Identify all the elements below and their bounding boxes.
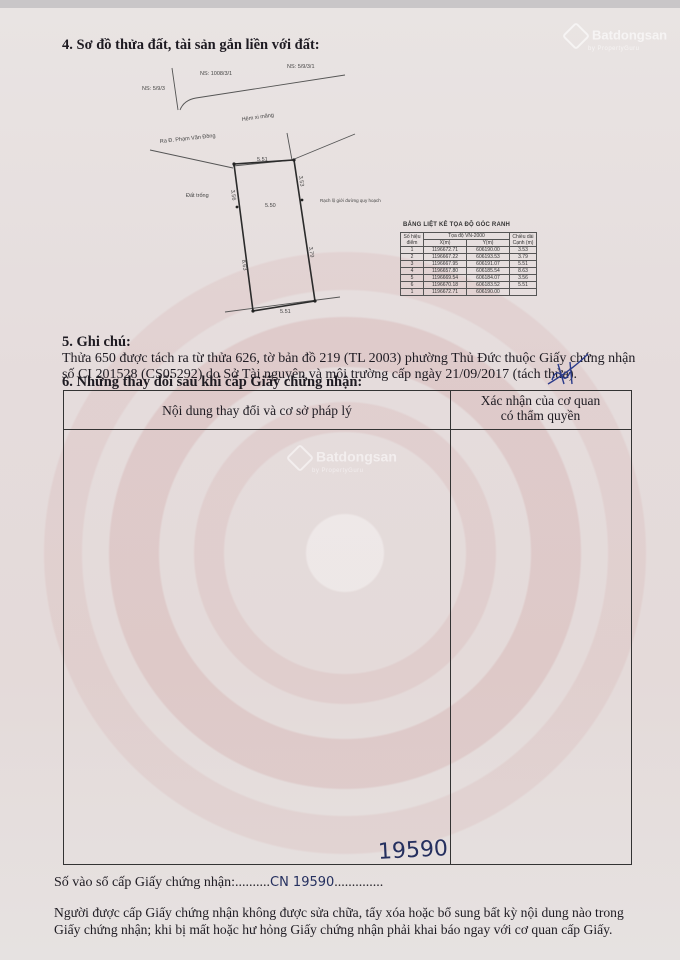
label-canal: Rạch lộ giới đường quy hoạch: [320, 198, 381, 203]
coord-cell-x: 1196667.95: [424, 261, 467, 268]
col-header-confirmation: Xác nhận của cơ quan có thẩm quyền: [450, 393, 631, 423]
coord-cell-y: 606185.54: [467, 268, 510, 275]
coord-cell-x: 1196669.54: [424, 275, 467, 282]
column-divider: [450, 391, 451, 864]
coord-cell-edge: 5.51: [510, 282, 537, 289]
coord-cell-edge: 5.51: [510, 261, 537, 268]
coord-cell-x: 1196670.18: [424, 282, 467, 289]
coord-cell-point: 3: [401, 261, 424, 268]
registry-line: Số vào sổ cấp Giấy chứng nhận:..........…: [54, 874, 383, 892]
coord-cell-point: 2: [401, 254, 424, 261]
coord-row: 11196672.71606190.003.53: [401, 247, 537, 254]
coord-cell-point: 1: [401, 289, 424, 296]
edge-mid-length: 5.50: [265, 203, 276, 209]
coord-row: 41196657.80606185.548.63: [401, 268, 537, 275]
label-neighbor-top-mid: NS: 1008/3/1: [200, 71, 232, 77]
coord-row: 21196667.22606193.533.79: [401, 254, 537, 261]
coord-row: 31196667.95606191.075.51: [401, 261, 537, 268]
footer-line-1: Người được cấp Giấy chứng nhận không đượ…: [54, 904, 624, 922]
coord-cell-edge: 8.63: [510, 268, 537, 275]
coord-row: 11196672.71606190.00: [401, 289, 537, 296]
signature-initials: [542, 350, 592, 390]
registry-label: Số vào sổ cấp Giấy chứng nhận:: [54, 875, 235, 890]
col-header-confirmation-line1: Xác nhận của cơ quan: [450, 393, 631, 408]
label-neighbor-top-right: NS: 5/9/3/1: [287, 64, 315, 70]
coord-row: 61196670.18606183.525.51: [401, 282, 537, 289]
dots: ..........: [235, 875, 270, 890]
coord-cell-y: 606183.52: [467, 282, 510, 289]
coord-cell-point: 5: [401, 275, 424, 282]
col-header-content: Nội dung thay đổi và cơ sở pháp lý: [64, 403, 450, 419]
registry-value: CN 19590: [270, 875, 334, 890]
coord-cell-y: 606191.07: [467, 261, 510, 268]
header-divider: [64, 429, 631, 430]
coord-cell-x: 1196657.80: [424, 268, 467, 275]
coord-cell-point: 6: [401, 282, 424, 289]
footer-line-2: Giấy chứng nhận; khi bị mất hoặc hư hỏng…: [54, 921, 612, 939]
coord-cell-edge: 3.53: [510, 247, 537, 254]
col-edge: Chiều dài Cạnh (m): [510, 233, 537, 247]
coord-cell-y: 606190.00: [467, 289, 510, 296]
label-neighbor-left: NS: 5/9/3: [142, 86, 165, 92]
coord-cell-y: 606184.07: [467, 275, 510, 282]
label-alley: Hẻm xi măng: [241, 113, 274, 123]
col-y: Y(m): [467, 240, 510, 247]
handwritten-number: 19590: [377, 836, 448, 865]
coord-cell-y: 606190.00: [467, 247, 510, 254]
edge-left-lower-length: 8.63: [240, 259, 247, 270]
col-point: Số hiệu điểm: [401, 233, 424, 247]
edge-left-upper-length: 3.56: [229, 189, 236, 200]
col-header-confirmation-line2: có thẩm quyền: [450, 408, 631, 423]
section5-title: 5. Ghi chú:: [62, 334, 131, 351]
coord-table-caption: BẢNG LIỆT KÊ TỌA ĐỘ GÓC RANH: [403, 222, 510, 228]
col-system: Tọa độ VN-2000: [424, 233, 510, 240]
edge-bottom-length: 5.51: [280, 309, 291, 315]
coord-cell-point: 4: [401, 268, 424, 275]
coord-cell-x: 1196672.71: [424, 247, 467, 254]
label-road: Ra Đ. Phạm Văn Đồng: [160, 133, 216, 145]
label-vacant-land: Đất trống: [186, 193, 209, 199]
coord-cell-x: 1196667.22: [424, 254, 467, 261]
coord-cell-edge: [510, 289, 537, 296]
land-plot-diagram: NS: 5/9/3 NS: 1008/3/1 NS: 5/9/3/1 Hẻm x…: [0, 0, 680, 330]
dots: ..............: [334, 875, 383, 890]
coord-cell-edge: 3.56: [510, 275, 537, 282]
coord-cell-edge: 3.79: [510, 254, 537, 261]
edge-top-length: 5.51: [257, 157, 268, 163]
coordinate-table: Số hiệu điểm Tọa độ VN-2000 Chiều dài Cạ…: [400, 232, 537, 296]
col-x: X(m): [424, 240, 467, 247]
coord-row: 51196669.54606184.073.56: [401, 275, 537, 282]
coord-cell-point: 1: [401, 247, 424, 254]
changes-table: Nội dung thay đổi và cơ sở pháp lý Xác n…: [63, 390, 632, 865]
section6-title: 6. Những thay đổi sau khi cấp Giấy chứng…: [62, 374, 362, 391]
coord-cell-y: 606193.53: [467, 254, 510, 261]
coord-cell-x: 1196672.71: [424, 289, 467, 296]
